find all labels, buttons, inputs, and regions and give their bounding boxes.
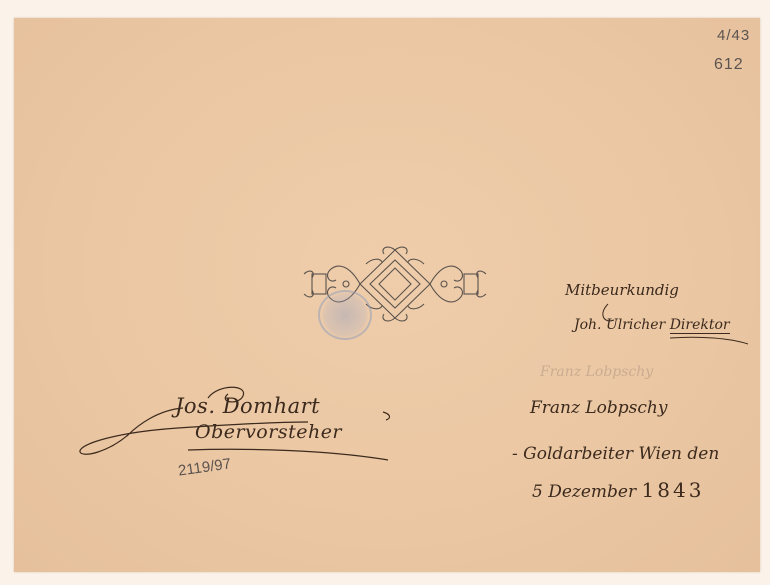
approval-flourish-icon: [600, 300, 750, 350]
applicant-date-year: 1843: [642, 478, 705, 502]
document-sheet: 4/43 612 Mitbeurkundig Joh. Ulricher Dir…: [14, 18, 760, 572]
signature-line-2: Obervorsteher: [195, 423, 342, 442]
applicant-name: Franz Lobpschy: [530, 400, 667, 417]
faint-stamp-text: Franz Lobpschy: [540, 365, 653, 379]
applicant-date: 5 Dezember 1843: [532, 480, 704, 501]
archive-stamp-icon: [318, 290, 372, 340]
shelfmark-bottom: 612: [714, 57, 744, 73]
shelfmark-top: 4/43: [717, 28, 750, 43]
applicant-date-day: 5 Dezember: [532, 482, 636, 502]
approval-line-1: Mitbeurkundig: [565, 283, 679, 298]
signature-line-1: Jos. Domhart: [175, 396, 320, 417]
applicant-trade-place: - Goldarbeiter Wien den: [512, 446, 719, 463]
